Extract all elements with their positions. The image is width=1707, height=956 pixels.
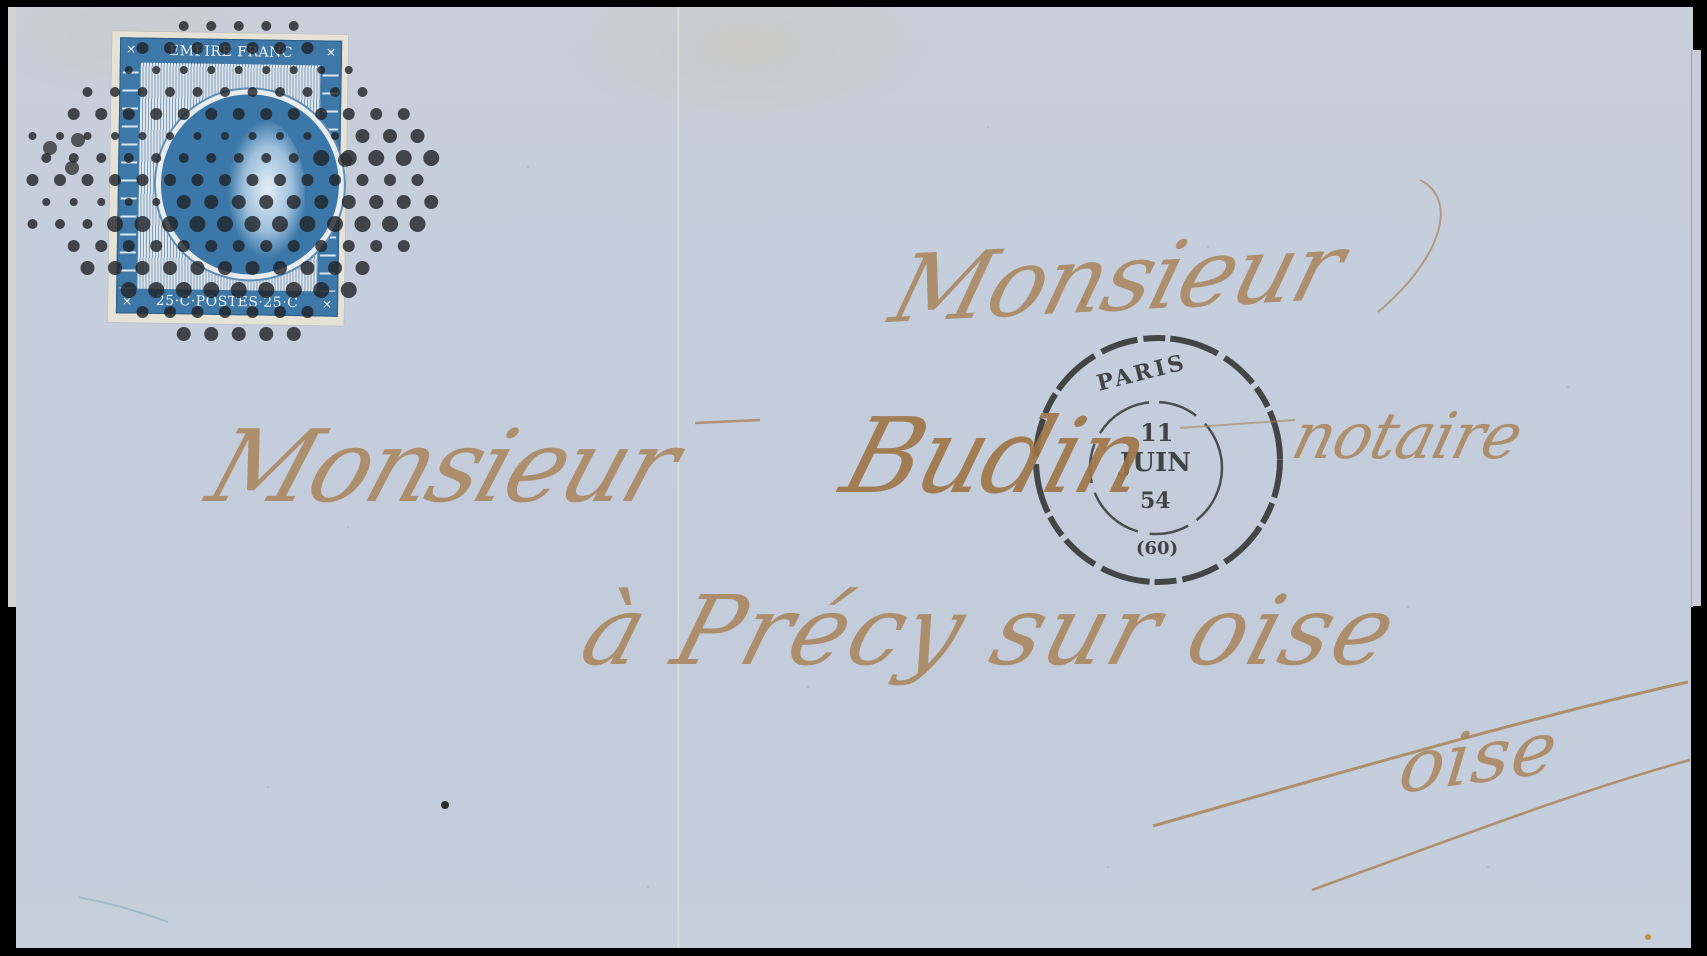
address-recipient-title: notaire: [1285, 400, 1529, 474]
address-recipient-name: Budin: [830, 395, 1160, 517]
stamp-frame: EMPIRE FRANC ✕ ✕ ✕ ✕ 25·C·POSTES·25·C: [116, 37, 342, 316]
napoleon-portrait-icon: [212, 118, 306, 269]
stamp-greek-key-border: [119, 62, 139, 288]
stamp-corner-ornament-icon: ✕: [326, 46, 336, 60]
right-fold-flap: [1691, 50, 1701, 606]
stamp-engraved-background: [137, 63, 321, 292]
stamp-corner-ornament-icon: ✕: [322, 297, 332, 311]
postmark-year: 54: [1140, 488, 1171, 514]
postage-stamp: EMPIRE FRANC ✕ ✕ ✕ ✕ 25·C·POSTES·25·C: [108, 31, 349, 326]
address-town: à Précy sur oise: [570, 575, 1410, 687]
stamp-corner-ornament-icon: ✕: [126, 42, 136, 56]
address-honorific: Monsieur: [195, 408, 691, 525]
stamp-top-inscription: EMPIRE FRANC: [141, 43, 321, 62]
stamp-corner-ornament-icon: ✕: [122, 294, 132, 308]
stamp-medallion: [160, 93, 341, 276]
postmark-office-number: (60): [1136, 538, 1178, 559]
center-fold-crease: [677, 7, 680, 948]
stamp-bottom-inscription: 25·C·POSTES·25·C: [137, 293, 317, 312]
left-fold-flap: [8, 7, 16, 607]
